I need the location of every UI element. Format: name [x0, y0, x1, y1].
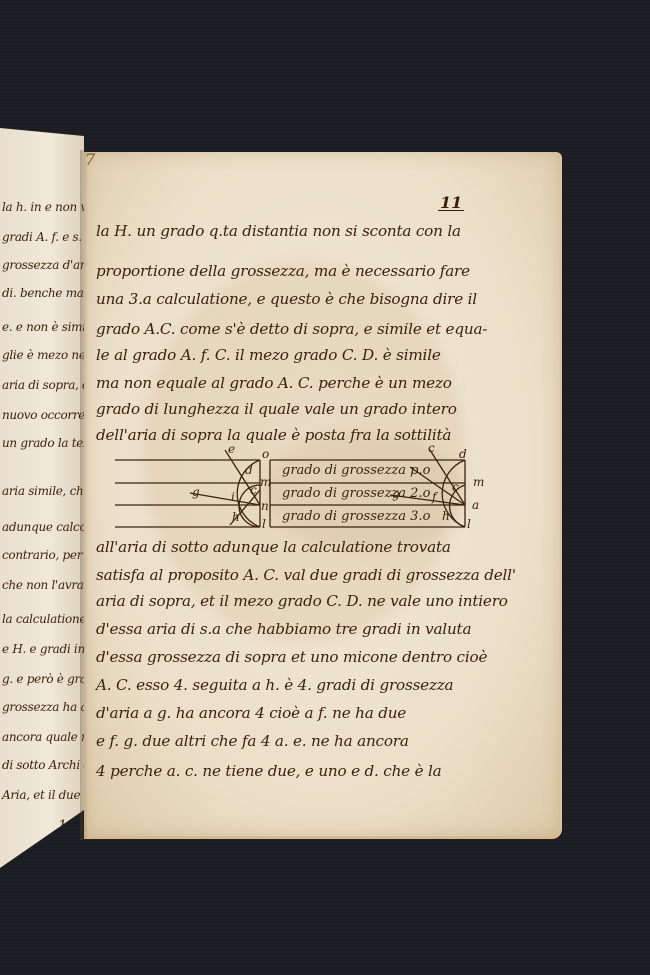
manuscript-line: la H. un grado q.ta distantia non si sco…: [96, 222, 461, 240]
diagram-letter: h: [232, 510, 240, 524]
manuscript-line: proportione della grossezza, ma è necess…: [96, 262, 470, 280]
diagram-letter: d: [459, 447, 467, 461]
folio-number: 11: [438, 196, 464, 211]
left-line: grossezza ha ancora: [2, 700, 84, 714]
left-line: contrario, per certe: [2, 548, 84, 562]
manuscript-line: d'essa grossezza di sopra et uno micone …: [96, 648, 487, 666]
left-line: Aria, et il due gradi: [2, 788, 84, 802]
left-line: grossezza d'aria sen'ira: [2, 258, 84, 272]
left-line: la calculatione d: [2, 612, 84, 626]
diagram-letter: l: [467, 517, 471, 531]
manuscript-line: ma non equale al grado A. C. perche è un…: [96, 374, 452, 392]
left-line: di sotto Archi d': [2, 758, 84, 772]
manuscript-line: dell'aria di sopra la quale è posta fra …: [96, 426, 451, 444]
manuscript-line: e f. g. due altri che fa 4 a. e. ne ha a…: [96, 732, 409, 750]
diagram-letter: c: [428, 441, 435, 455]
left-line: e H. e gradi in quarto: [2, 642, 84, 656]
left-line: di. benche ma equale: [2, 286, 84, 300]
diagram-letter: d: [245, 463, 253, 477]
manuscript-line: d'essa aria di s.a che habbiamo tre grad…: [96, 620, 471, 638]
left-line: ancora quale ma: [2, 730, 84, 744]
manuscript-line: aria di sopra, et il mezo grado C. D. ne…: [96, 592, 508, 610]
manuscript-line: all'aria di sotto adunque la calculation…: [96, 538, 451, 556]
left-line: che non l'avra' mezo: [2, 578, 84, 592]
diagram-row-label: grado di grossezza p.o: [282, 463, 430, 478]
left-line: aria di sopra, della qua: [2, 378, 84, 392]
left-line: la h. in e non viene: [2, 200, 84, 214]
diagram-letter: o: [262, 447, 269, 461]
diagram-letter: h: [442, 509, 450, 523]
diagram-letter: g: [392, 487, 400, 501]
manuscript-line: le al grado A. f. C. il mezo grado C. D.…: [96, 346, 441, 364]
diagram-row-label: grado di grossezza 2.o: [282, 486, 430, 501]
manuscript-line: una 3.a calculatione, e questo è che bis…: [96, 290, 477, 308]
air-density-diagram: e o d m g i c n h l grado di grossezza p…: [110, 445, 490, 535]
gutter-shadow: [80, 150, 88, 840]
left-line: aria simile, che l'aria: [2, 484, 84, 498]
left-line: g. e però è gradi: [2, 672, 84, 686]
manuscript-line: grado A.C. come s'è detto di sopra, e si…: [96, 320, 487, 338]
diagram-letter: c: [250, 483, 257, 497]
manuscript-line: 4 perche a. c. ne tiene due, e uno e d. …: [96, 762, 442, 780]
diagram-letter: f: [432, 490, 436, 504]
left-line: gradi A. f. e s. f. grado: [2, 230, 84, 244]
diagram-row-label: grado di grossezza 3.o: [282, 509, 430, 524]
left-line: glie è mezo nelli ria: [2, 348, 84, 362]
diagram-letter: e: [228, 442, 235, 456]
diagram-letter: n: [261, 499, 269, 513]
fold-mark: 7: [85, 150, 95, 169]
manuscript-line: A. C. esso 4. seguita a h. è 4. gradi di…: [96, 676, 453, 694]
diagram-letter: m: [260, 475, 271, 489]
diagram-letter: m: [473, 475, 484, 489]
diagram-letter: i: [231, 490, 235, 504]
diagram-letter: a: [472, 498, 479, 512]
left-page-fragment: la h. in e non viene gradi A. f. e s. f.…: [0, 128, 84, 868]
manuscript-line: satisfa al proposito A. C. val due gradi…: [96, 566, 516, 584]
left-line: adunque calcolatione d'aria: [2, 520, 84, 534]
left-line: un grado la tezo dell'aria: [2, 436, 84, 450]
left-line: e. e non è simile a que: [2, 320, 84, 334]
left-line: nuovo occorre tanto le: [2, 408, 84, 422]
diagram-letter: l: [262, 517, 266, 531]
diagram-letter: g: [192, 485, 200, 499]
manuscript-line: d'aria a g. ha ancora 4 cioè a f. ne ha …: [96, 704, 406, 722]
manuscript-line: grado di lunghezza il quale vale un grad…: [96, 400, 457, 418]
left-page-number: 12: [58, 818, 76, 834]
diagram-letter: c: [452, 480, 459, 494]
